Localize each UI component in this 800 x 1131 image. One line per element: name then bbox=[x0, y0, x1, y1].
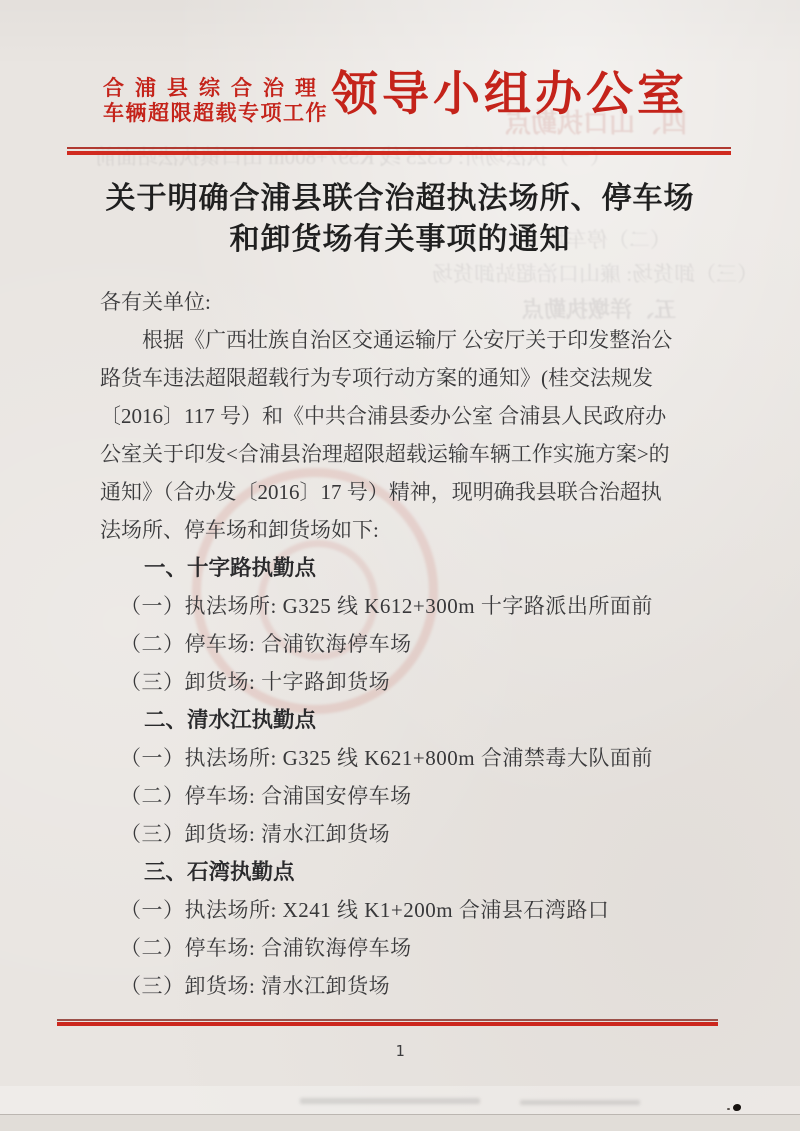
paragraph-line: 〔2016〕117 号）和《中共合浦县委办公室 合浦县人民政府办 bbox=[100, 397, 708, 435]
scanned-page: 四、山口执勤点 （一）执法场所: G325 线 K597+800m 山口镇执法站… bbox=[0, 0, 800, 1131]
scan-smudge bbox=[520, 1100, 640, 1105]
header-divider-bottom-bar bbox=[67, 151, 731, 155]
section-item: （三）卸货场: 清水江卸货场 bbox=[100, 967, 708, 1005]
section-item: （三）卸货场: 十字路卸货场 bbox=[100, 663, 708, 701]
section-item: （一）执法场所: G325 线 K612+300m 十字路派出所面前 bbox=[100, 587, 708, 625]
scan-smudge bbox=[300, 1098, 480, 1104]
section-heading: 二、清水江执勤点 bbox=[100, 701, 708, 739]
section-heading: 三、石湾执勤点 bbox=[100, 853, 708, 891]
letterhead-org-title: 领导小组办公室 bbox=[331, 66, 688, 124]
header-divider bbox=[67, 147, 731, 155]
section-item: （二）停车场: 合浦钦海停车场 bbox=[100, 929, 708, 967]
letterhead-org-line2: 车辆超限超载专项工作 bbox=[103, 101, 328, 126]
section-item: （二）停车场: 合浦钦海停车场 bbox=[100, 625, 708, 663]
ink-speck bbox=[733, 1104, 741, 1111]
letterhead-org-line1: 合浦县综合治理 bbox=[103, 76, 328, 101]
footer-divider bbox=[57, 1019, 718, 1026]
page-number: 1 bbox=[0, 1042, 800, 1060]
paragraph-line: 公室关于印发<合浦县治理超限超载运输车辆工作实施方案>的 bbox=[100, 435, 708, 473]
salutation: 各有关单位: bbox=[100, 283, 708, 321]
ink-speck bbox=[727, 1108, 730, 1110]
document-title: 关于明确合浦县联合治超执法场所、停车场 和卸货场有关事项的通知 bbox=[0, 178, 800, 260]
section-heading: 一、十字路执勤点 bbox=[100, 549, 708, 587]
letterhead-org-name: 合浦县综合治理 车辆超限超载专项工作 bbox=[103, 76, 328, 126]
document-title-line1: 关于明确合浦县联合治超执法场所、停车场 bbox=[0, 178, 800, 219]
paragraph-line: 根据《广西壮族自治区交通运输厅 公安厅关于印发整治公 bbox=[100, 321, 708, 359]
section-item: （二）停车场: 合浦国安停车场 bbox=[100, 777, 708, 815]
bleed-through-text: （一）执法场所: G325 线 K597+800m 山口镇执法站面前 bbox=[95, 141, 611, 171]
paper-bottom-edge bbox=[0, 1114, 800, 1131]
document-body: 各有关单位: 根据《广西壮族自治区交通运输厅 公安厅关于印发整治公 路货车违法超… bbox=[100, 283, 708, 1005]
document-title-line2: 和卸货场有关事项的通知 bbox=[0, 219, 800, 260]
section-item: （一）执法场所: X241 线 K1+200m 合浦县石湾路口 bbox=[100, 891, 708, 929]
footer-divider-bottom-bar bbox=[57, 1022, 718, 1026]
section-item: （一）执法场所: G325 线 K621+800m 合浦禁毒大队面前 bbox=[100, 739, 708, 777]
paragraph-line: 路货车违法超限超载行为专项行动方案的通知》(桂交法规发 bbox=[100, 359, 708, 397]
paragraph-line: 通知》（合办发〔2016〕17 号）精神，现明确我县联合治超执 bbox=[100, 473, 708, 511]
section-item: （三）卸货场: 清水江卸货场 bbox=[100, 815, 708, 853]
paragraph-line: 法场所、停车场和卸货场如下: bbox=[100, 511, 708, 549]
